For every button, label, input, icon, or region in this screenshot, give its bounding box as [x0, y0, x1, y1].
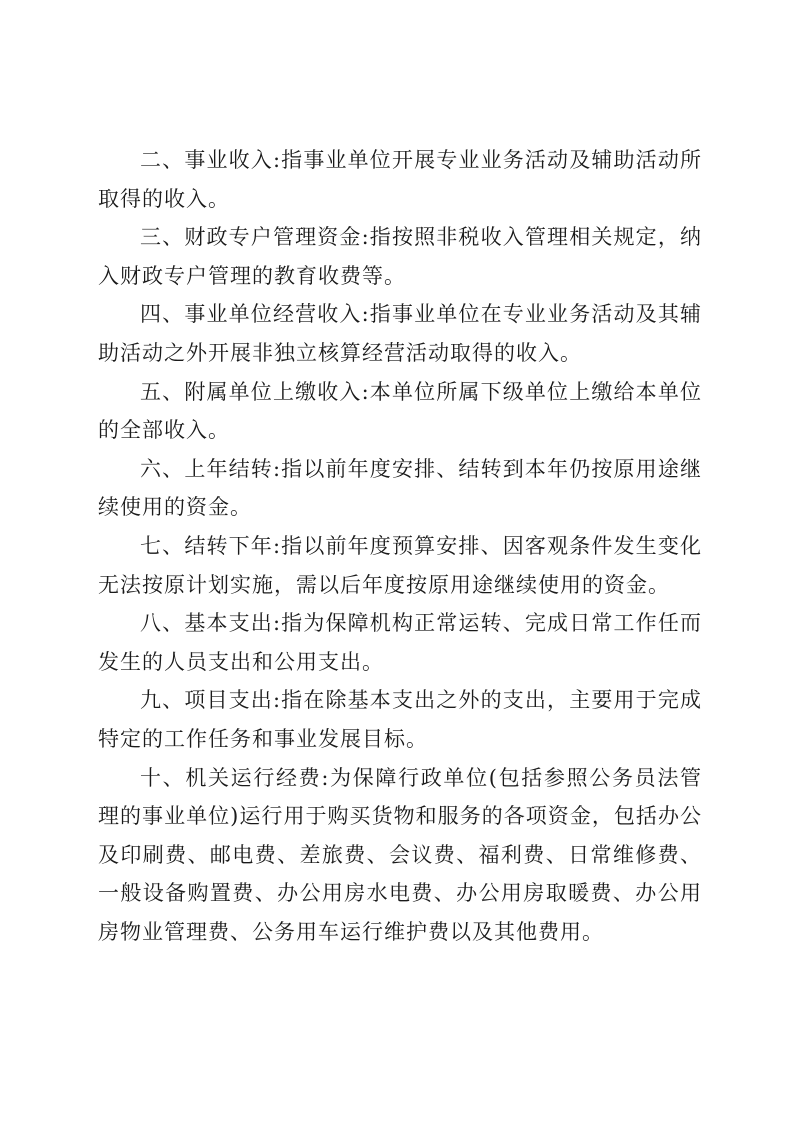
definition-paragraph-jiben-zhichu: 八、基本支出:指为保障机构正常运转、完成日常工作任而发生的人员支出和公用支出。 [98, 604, 702, 681]
definition-paragraph-xiangmu-zhichu: 九、项目支出:指在除基本支出之外的支出，主要用于完成特定的工作任务和事业发展目标… [98, 681, 702, 758]
definition-paragraph-shiye-shouru: 二、事业收入:指事业单位开展专业业务活动及辅助活动所取得的收入。 [98, 141, 702, 218]
definition-paragraph-shangnian-jiezhuan: 六、上年结转:指以前年度安排、结转到本年仍按原用途继续使用的资金。 [98, 450, 702, 527]
definition-paragraph-jiguan-yunxing: 十、机关运行经费:为保障行政单位(包括参照公务员法管理的事业单位)运行用于购买货… [98, 759, 702, 952]
definition-paragraph-jiezhuan-xianian: 七、结转下年:指以前年度预算安排、因客观条件发生变化无法按原计划实施，需以后年度… [98, 527, 702, 604]
definition-paragraph-fushu-danwei: 五、附属单位上缴收入:本单位所属下级单位上缴给本单位的全部收入。 [98, 373, 702, 450]
definition-paragraph-jingying-shouru: 四、事业单位经营收入:指事业单位在专业业务活动及其辅助活动之外开展非独立核算经营… [98, 295, 702, 372]
definition-paragraph-caizheng-zhuanhu: 三、财政专户管理资金:指按照非税收入管理相关规定，纳入财政专户管理的教育收费等。 [98, 218, 702, 295]
document-page: 二、事业收入:指事业单位开展专业业务活动及辅助活动所取得的收入。 三、财政专户管… [0, 0, 793, 1122]
